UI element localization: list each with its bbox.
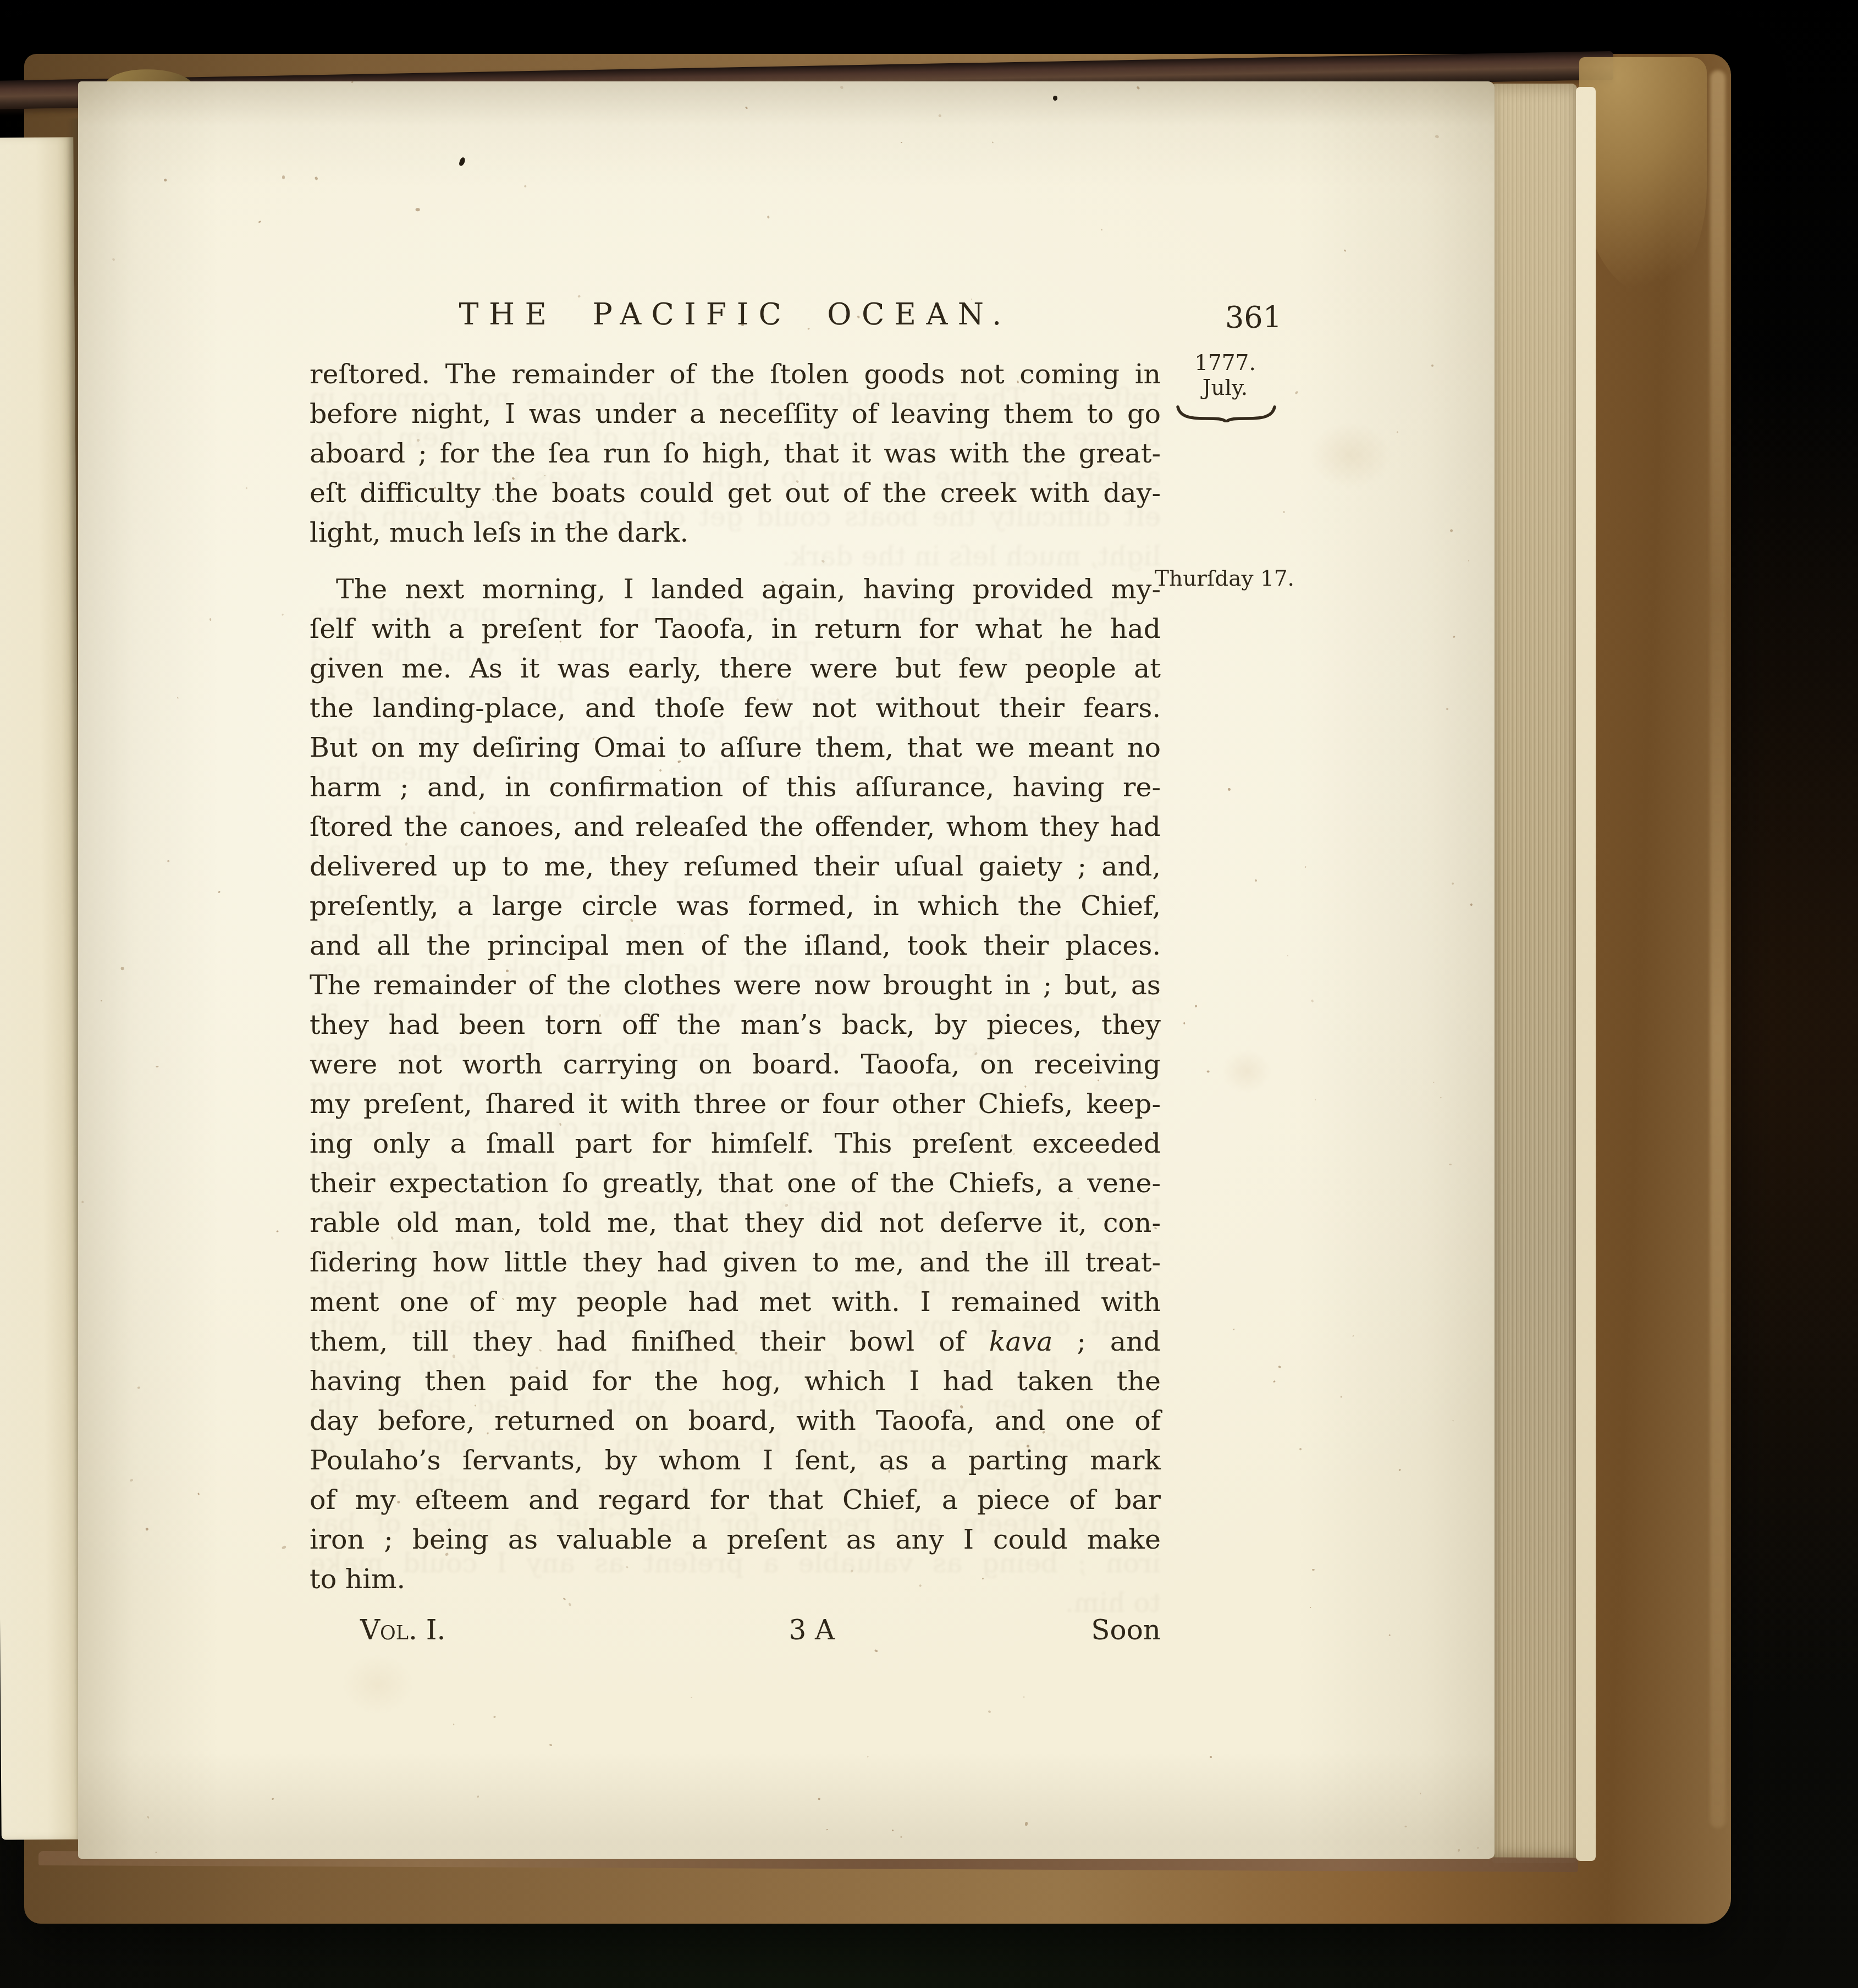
paper-speck [992, 141, 994, 143]
body-line: were not worth carrying on board. Taoofa… [310, 1045, 1161, 1084]
paper-speck [901, 142, 902, 143]
body-line: aboard ; for the ſea run ſo high, that i… [310, 434, 1161, 473]
paper-speck [523, 185, 527, 188]
paper-speck [691, 1697, 692, 1699]
paper-speck [156, 1066, 159, 1067]
paper-speck [840, 85, 844, 90]
paper-speck [826, 1829, 828, 1831]
paper-speck [1446, 708, 1448, 711]
paper-speck [282, 613, 284, 616]
endpaper-edge [1576, 87, 1596, 1861]
paper-speck [1278, 1365, 1281, 1369]
paper-speck [282, 175, 285, 179]
paper-speck [745, 106, 748, 109]
paper-speck [1433, 1082, 1435, 1083]
paper-speck [112, 258, 115, 262]
paper-speck [1137, 86, 1140, 90]
paper-speck [1023, 1697, 1025, 1698]
paper-stain [1222, 1049, 1271, 1093]
paper-speck [1101, 229, 1102, 230]
paper-speck [218, 891, 220, 894]
paper-speck [258, 221, 262, 223]
body-line: the landing-place, and thoſe few not wit… [310, 689, 1161, 728]
photo-background: reſtored. The remainder of the ſtolen go… [0, 0, 1858, 1988]
paper-speck [1299, 1447, 1302, 1450]
paper-speck [1228, 788, 1231, 791]
paper-speck [988, 1710, 991, 1714]
paper-speck [477, 1796, 479, 1798]
body-line: given me. As it was early, there were bu… [310, 649, 1161, 689]
paper-speck [1449, 1164, 1452, 1166]
paper-speck [1206, 1070, 1209, 1072]
body-line: iron ; being as valuable a preſent as an… [310, 1520, 1161, 1560]
volume-label: Vol. I. [360, 1610, 445, 1650]
body-line: ſidering how little they had given to me… [310, 1243, 1161, 1282]
body-line: light, much leſs in the dark. [310, 513, 1161, 553]
paper-speck [1305, 866, 1306, 868]
paper-speck [1233, 1329, 1235, 1330]
paper-speck [1352, 1335, 1354, 1337]
ink-speck [1053, 96, 1057, 101]
date-brace-icon [1176, 405, 1277, 422]
paper-speck [177, 697, 179, 698]
signature-mark: 3 A [789, 1610, 835, 1650]
paper-speck [1310, 999, 1314, 1003]
paper-speck [1315, 1099, 1316, 1100]
paper-speck [818, 1797, 820, 1800]
body-line: ſelf with a preſent for Taoofa, in retur… [310, 609, 1161, 649]
paper-speck [1397, 431, 1399, 433]
paper-speck [1449, 529, 1453, 533]
paper-speck [1310, 1607, 1311, 1609]
paper-speck [1344, 250, 1346, 252]
paper-speck [1254, 879, 1257, 882]
body-text: reſtored. The remainder of the ſtolen go… [310, 355, 1161, 1599]
paper-speck [1389, 1634, 1391, 1636]
paper-speck [1405, 1826, 1407, 1827]
body-line: ing only a ſmall part for himſelf. This … [310, 1124, 1161, 1164]
paper-speck [197, 1493, 200, 1495]
page-footer: Vol. I. 3 A Soon [310, 1610, 1161, 1650]
paper-speck [767, 216, 769, 219]
paper-speck [1295, 390, 1299, 394]
paper-speck [454, 1723, 455, 1725]
paper-speck [209, 618, 211, 621]
paper-stain [342, 1654, 413, 1715]
paper-speck [1287, 955, 1289, 957]
paper-speck [1312, 1569, 1315, 1571]
book-page: reſtored. The remainder of the ſtolen go… [78, 81, 1495, 1859]
paper-speck [494, 1716, 496, 1718]
body-line: delivered up to me, they reſumed their u… [310, 847, 1161, 886]
paper-speck [272, 1798, 274, 1800]
paper-speck [1452, 882, 1454, 885]
paper-speck [81, 1200, 84, 1204]
body-line: reſtored. The remainder of the ſtolen go… [310, 355, 1161, 394]
paper-speck [549, 1744, 552, 1747]
body-line: them, till they had finiſhed their bowl … [310, 1322, 1161, 1362]
paper-speck [1273, 1380, 1276, 1383]
paper-speck [163, 178, 167, 182]
book: reſtored. The remainder of the ſtolen go… [0, 0, 1858, 1988]
paper-speck [1282, 510, 1285, 513]
paper-speck [130, 1479, 134, 1482]
paper-speck [1420, 1793, 1421, 1794]
body-line: eſt difficulty the boats could get out o… [310, 473, 1161, 513]
paper-speck [147, 1816, 150, 1819]
paper-speck [101, 1000, 103, 1001]
paper-speck [416, 208, 420, 211]
body-line: my preſent, ſhared it with three or four… [310, 1084, 1161, 1124]
paper-speck [1025, 1822, 1028, 1826]
paper-speck [167, 860, 170, 862]
body-line: harm ; and, in confirmation of this aſſu… [310, 768, 1161, 807]
body-line: preſently, a large circle was formed, in… [310, 886, 1161, 926]
body-line: having then paid for the hog, which I ha… [310, 1362, 1161, 1401]
paper-speck [351, 81, 354, 84]
paper-speck [120, 966, 124, 970]
paper-speck [1435, 135, 1439, 139]
paper-speck [137, 1386, 140, 1389]
running-title: THE PACIFIC OCEAN. [310, 297, 1161, 332]
body-line: of my eſteem and regard for that Chief, … [310, 1480, 1161, 1520]
body-line: they had been torn off the man’s back, b… [310, 1005, 1161, 1045]
paper-speck [938, 114, 941, 117]
paper-speck [1457, 1849, 1460, 1852]
paper-speck [145, 1527, 148, 1530]
margin-note-date: 1777. July. [1176, 351, 1275, 422]
margin-note-day: Thurſday 17. [1155, 566, 1294, 591]
paper-speck [1452, 1419, 1454, 1421]
paper-speck [1398, 1469, 1401, 1472]
paper-speck [1183, 1022, 1185, 1025]
paper-speck [1476, 1847, 1479, 1849]
body-line: The remainder of the clothes were now br… [310, 966, 1161, 1005]
paper-speck [1431, 365, 1434, 367]
margin-note-year: 1777. [1176, 351, 1275, 376]
body-line: day before, returned on board, with Taoo… [310, 1401, 1161, 1441]
paper-stain [1310, 422, 1392, 488]
body-line: before night, I was under a neceſſity of… [310, 394, 1161, 434]
page-number: 361 [1225, 300, 1282, 335]
catchword: Soon [1091, 1610, 1161, 1650]
paper-speck [245, 487, 247, 489]
paper-speck [568, 1602, 571, 1606]
body-line: ment one of my people had met with. I re… [310, 1282, 1161, 1322]
body-line: and all the principal men of the iſland,… [310, 926, 1161, 966]
paper-speck [891, 1829, 894, 1832]
paper-speck [156, 1852, 157, 1853]
paper-speck [1470, 903, 1473, 906]
margin-note-month: July. [1176, 376, 1275, 400]
paper-speck [1440, 1097, 1442, 1098]
body-line: The next morning, I landed again, having… [310, 570, 1161, 609]
paper-speck [1210, 1756, 1212, 1758]
paper-speck [900, 1836, 902, 1838]
body-line: But on my deſiring Omai to aſſure them, … [310, 728, 1161, 768]
paper-speck [1341, 1396, 1342, 1398]
body-line: to him. [310, 1560, 1161, 1599]
paper-speck [867, 1756, 869, 1758]
paper-speck [1453, 635, 1455, 638]
body-line: their expectation ſo greatly, that one o… [310, 1164, 1161, 1203]
paper-speck [276, 1230, 279, 1232]
paper-speck [315, 176, 318, 180]
paper-speck [1468, 560, 1470, 562]
paper-speck [282, 1545, 286, 1550]
body-line: rable old man, told me, that they did no… [310, 1203, 1161, 1243]
body-line: Poulaho’s ſervants, by whom I ſent, as a… [310, 1441, 1161, 1480]
body-line: ſtored the canoes, and releaſed the offe… [310, 807, 1161, 847]
page-stack-fore-edge [1492, 84, 1577, 1863]
paper-speck [1194, 1005, 1197, 1007]
